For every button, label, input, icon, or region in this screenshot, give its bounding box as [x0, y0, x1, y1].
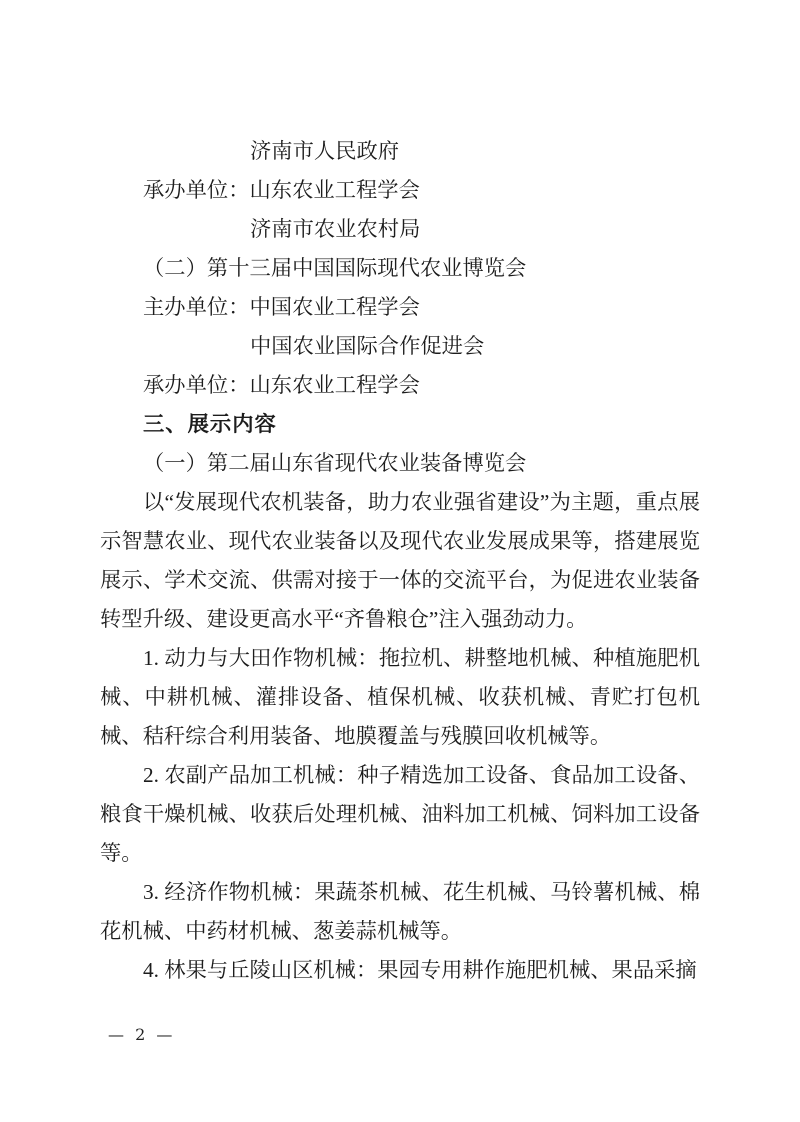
host-name: 中国农业工程学会 [250, 295, 420, 319]
organizer-label: 承办单位： [143, 373, 250, 397]
intro-paragraph: 以“发展现代农机装备，助力农业强省建设”为主题，重点展示智慧农业、现代农业装备以… [100, 483, 700, 639]
subsection-heading-expo1: （一）第二届山东省现代农业装备博览会 [100, 444, 700, 483]
organizer-line: 承办单位：山东农业工程学会 [100, 171, 700, 210]
host-label: 主办单位： [143, 295, 250, 319]
host-org-continuation: 济南市人民政府 [100, 132, 700, 171]
organizer-line: 承办单位：山东农业工程学会 [100, 366, 700, 405]
organizer-label: 承办单位： [143, 178, 250, 202]
organizer-name: 山东农业工程学会 [250, 373, 420, 397]
section-heading-display-content: 三、展示内容 [100, 405, 700, 444]
document-page: 济南市人民政府 承办单位：山东农业工程学会 济南市农业农村局 （二）第十三届中国… [0, 0, 800, 1122]
item-paragraph-3: 3. 经济作物机械：果蔬茶机械、花生机械、马铃薯机械、棉花机械、中药材机械、葱姜… [100, 873, 700, 951]
organizer-name-continuation: 济南市农业农村局 [100, 210, 700, 249]
host-line: 主办单位：中国农业工程学会 [100, 288, 700, 327]
host-name-continuation: 中国农业国际合作促进会 [100, 327, 700, 366]
organizer-name: 山东农业工程学会 [250, 178, 420, 202]
page-number: — 2 — [108, 1022, 175, 1048]
subsection-heading-expo2: （二）第十三届中国国际现代农业博览会 [100, 249, 700, 288]
document-body: 济南市人民政府 承办单位：山东农业工程学会 济南市农业农村局 （二）第十三届中国… [100, 132, 700, 990]
item-paragraph-2: 2. 农副产品加工机械：种子精选加工设备、食品加工设备、粮食干燥机械、收获后处理… [100, 756, 700, 873]
item-paragraph-1: 1. 动力与大田作物机械：拖拉机、耕整地机械、种植施肥机械、中耕机械、灌排设备、… [100, 639, 700, 756]
item-paragraph-4: 4. 林果与丘陵山区机械：果园专用耕作施肥机械、果品采摘 [100, 951, 700, 990]
